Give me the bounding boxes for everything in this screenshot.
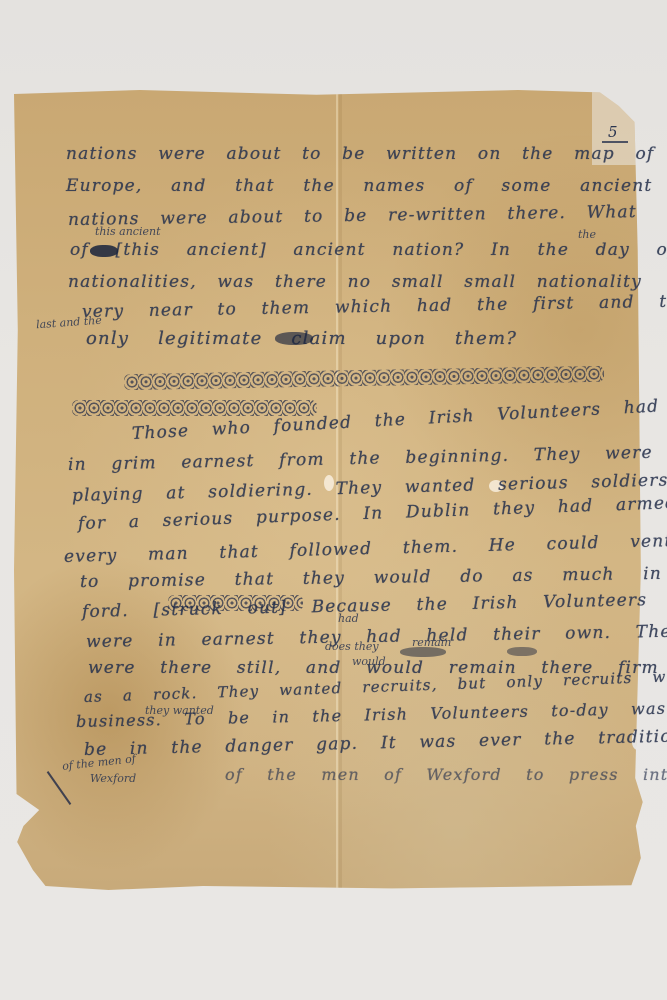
ink-blot-correction xyxy=(90,245,118,257)
struck-out-word xyxy=(168,595,303,611)
interlinear-insertion: does they xyxy=(325,640,379,653)
ink-blot-correction xyxy=(275,332,313,345)
manuscript-line: nationalities, was there no small small … xyxy=(68,272,642,292)
manuscript-line: Europe, and that the names of some ancie… xyxy=(66,176,652,196)
struck-out-line xyxy=(72,400,317,416)
margin-insertion: Wexford xyxy=(90,772,136,785)
page-number-underline xyxy=(602,141,628,143)
interlinear-insertion: would xyxy=(352,655,386,668)
manuscript-line: nations were about to be written on the … xyxy=(66,144,654,164)
ink-blot-correction xyxy=(507,647,537,656)
interlinear-insertion: had xyxy=(338,612,359,625)
interlinear-insertion: the xyxy=(578,228,596,241)
ink-blot-correction xyxy=(400,647,446,657)
manuscript-line: of [this ancient] ancient nation? In the… xyxy=(70,240,667,260)
page-number: 5 xyxy=(608,123,618,141)
manuscript-line: of the men of Wexford to press into the … xyxy=(225,765,667,784)
interlinear-insertion: this ancient xyxy=(95,225,161,238)
